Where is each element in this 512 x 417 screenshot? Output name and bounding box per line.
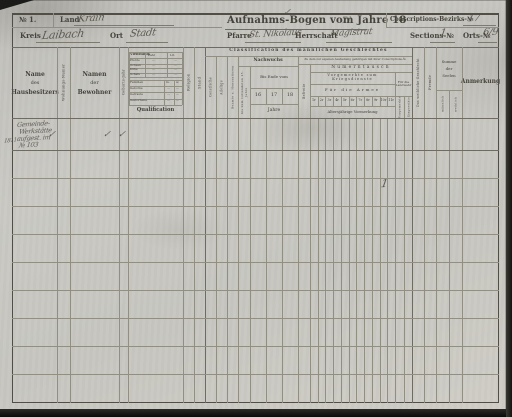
col-stand: Stand <box>194 47 205 118</box>
grid-line <box>349 118 350 403</box>
title-year-handwriting: 71 <box>340 16 352 27</box>
age-class-label: 10r <box>380 96 388 106</box>
age-class-label: 4r <box>333 96 341 106</box>
grid-line <box>266 118 267 403</box>
jahre-label: Jahre <box>250 104 298 118</box>
grid-line <box>145 52 146 77</box>
summary-box-qualification: Qualification <box>128 106 183 116</box>
grid-line <box>449 90 450 403</box>
landwehr-sub-col: Vorgemerkte <box>395 96 404 118</box>
box-row-dash: — <box>152 73 158 78</box>
col-anmerkung: Anmerkung <box>462 47 499 118</box>
orts-blank-line <box>478 42 497 43</box>
kreis-blank-line <box>36 42 100 43</box>
nachwuchs-year-cell: 17 <box>266 88 282 104</box>
grid-line <box>364 118 365 403</box>
nachwuchs-year-cell: 16 <box>250 88 266 104</box>
owner-entry-handwriting: № 103 <box>18 140 38 149</box>
grid-line <box>12 262 499 263</box>
grid-line <box>205 56 412 57</box>
grid-line <box>227 56 228 403</box>
grid-line <box>372 118 373 403</box>
grid-line <box>341 118 342 403</box>
conscription-blank-line <box>463 25 496 26</box>
summe-header: Summe der Seelen <box>436 49 462 89</box>
grid-line <box>12 13 499 15</box>
summary-box-m: m. <box>166 81 170 84</box>
grid-line <box>462 47 463 403</box>
grid-line <box>238 56 239 403</box>
grid-line <box>12 318 499 319</box>
grid-line <box>225 29 367 30</box>
grid-line <box>53 13 54 27</box>
ort-blank-line <box>126 42 168 43</box>
col-religion: Religion <box>183 47 194 118</box>
grid-line <box>310 106 395 107</box>
summe-l1: Summe <box>442 60 457 64</box>
grid-line <box>12 178 499 179</box>
grid-line <box>12 118 499 119</box>
col-wohnungs-numer: Wohnungs-Numer <box>57 47 70 118</box>
age-class-label: 1r <box>310 96 318 106</box>
herrschaft-blank-line <box>326 42 392 43</box>
grid-line <box>12 47 499 48</box>
grid-line <box>424 47 425 403</box>
summary-box-familien: Familien <box>130 81 143 84</box>
summe-sub-col: männlich <box>436 90 449 118</box>
grid-line <box>183 47 184 403</box>
grid-line <box>12 27 222 28</box>
sections-blank-line <box>430 42 455 43</box>
age-class-label: 5r <box>341 96 349 106</box>
paper-corner-shadow <box>0 0 34 10</box>
summe-sub-col: weiblich <box>449 90 462 118</box>
ort-value: Stadt <box>129 27 156 39</box>
grid-line <box>205 47 206 403</box>
row-checkmark: ✓ <box>47 130 56 140</box>
age-class-label: 11r <box>387 96 395 106</box>
form-title: Aufnahms-Bogen vom Jahre 18 <box>227 16 406 27</box>
grid-line <box>129 77 182 78</box>
summary-box-zahl: Zahl <box>148 54 155 57</box>
grid-line <box>395 72 396 403</box>
nachwuchs-left-col: bis zum vollendeten 15. Jahre <box>238 66 250 118</box>
grid-line <box>310 84 395 85</box>
col-geistliche: Geistliche <box>205 56 216 118</box>
grid-line <box>498 13 499 403</box>
row-checkmark: ✓ <box>117 130 126 140</box>
landwehr-title: Für die Landwehr <box>395 72 412 96</box>
grid-line <box>12 290 499 291</box>
paper-sheet: № 1. Land Krain ✓ Aufnahms-Bogen vom Jah… <box>0 0 506 409</box>
grid-line <box>129 52 182 53</box>
grid-line <box>57 47 58 403</box>
grid-line <box>194 47 195 403</box>
ort-label: Ort <box>110 32 123 39</box>
grid-line <box>250 104 298 105</box>
scan-bottom-shadow <box>0 409 512 417</box>
nachwuchs-title: Nachwuchs <box>238 57 298 65</box>
col-fremde: Fremde <box>424 47 436 118</box>
grid-line <box>380 118 381 403</box>
col-geburts-jahr: Geburts-Jahr <box>119 47 128 118</box>
grid-line <box>318 118 319 403</box>
grid-line <box>386 27 499 28</box>
grid-line <box>298 64 412 65</box>
grid-line <box>119 47 120 403</box>
grid-line <box>12 346 499 347</box>
aushebung-line: Zu dem zur eigenen Aushebung gehörigen m… <box>298 56 412 64</box>
landwehr-sub-col: Eingereihte <box>404 96 413 118</box>
numerntausch-label: Numerntausch <box>310 64 412 72</box>
col-weibliches-geschlecht: Das weibliche Geschlecht <box>412 47 424 118</box>
age-class-label: 2r <box>318 96 326 106</box>
grid-line <box>404 96 405 403</box>
col-bewohner-l3: Bewohner <box>78 90 112 96</box>
row-checkmark: ✓ <box>102 130 111 140</box>
altersjaehrige-band: Altersjährige Vormerkung <box>310 106 395 118</box>
grid-line <box>356 118 357 403</box>
bis-ende-label: Bis Ende vom <box>250 67 298 87</box>
grid-line <box>12 150 499 151</box>
margin-note-handwriting: 1811 <box>4 137 17 144</box>
box-row-dash: — <box>174 73 180 78</box>
sheet-number: № 1. <box>19 16 36 23</box>
grid-line <box>386 13 387 27</box>
summe-l2: der <box>446 67 453 71</box>
grid-line <box>282 118 283 403</box>
box-family-dash: — <box>167 99 172 105</box>
age-class-label: 6r <box>349 96 357 106</box>
kreis-label: Kreis <box>20 32 41 39</box>
col-hausbesitzer-l1: Name <box>25 72 45 78</box>
grid-line <box>12 374 499 375</box>
scan-right-shadow <box>506 0 512 417</box>
scanned-census-form: № 1. Land Krain ✓ Aufnahms-Bogen vom Jah… <box>0 0 512 417</box>
grid-line <box>325 118 326 403</box>
summary-box-lit: Lit. <box>170 54 175 57</box>
orts-number-value: 6/9 <box>482 27 499 39</box>
col-beamte: Beamte u. Honoratioren <box>227 56 238 118</box>
age-class-label: 3r <box>325 96 333 106</box>
box-row-label: Schafe <box>130 73 144 78</box>
grid-line <box>298 56 299 403</box>
classification-title: Classification des männlichen Geschlecht… <box>205 47 412 56</box>
grid-line <box>12 206 499 207</box>
col-hausbesitzer-l2: des <box>31 81 40 86</box>
summe-l3: Seelen <box>442 74 455 78</box>
fuer-die-armee-label: Für die Armee <box>310 84 395 96</box>
grid-line <box>333 118 334 403</box>
col-bewohner-l2: der <box>90 81 99 86</box>
pfarre-blank-line <box>245 42 301 43</box>
age-class-label: 9r <box>372 96 380 106</box>
grid-line <box>182 52 183 105</box>
grid-line <box>216 56 217 403</box>
col-hausbesitzer: Name des Hausbesitzers <box>13 58 57 110</box>
grid-line <box>167 52 168 77</box>
grid-line <box>12 13 13 403</box>
vorgemerkte-label: Vorgemerkte zum Kriegsdienste <box>310 72 395 84</box>
grid-line <box>12 402 499 403</box>
col-hausbesitzer-l3: Hausbesitzers <box>11 90 59 96</box>
kreis-value: Laibach <box>41 27 85 42</box>
age-class-label: 7r <box>356 96 364 106</box>
grid-line <box>238 66 298 67</box>
box-family-dash: — <box>176 99 181 105</box>
grid-line <box>12 234 499 235</box>
land-blank-line <box>74 25 174 26</box>
conscription-district-label: Conscriptions-Bezirks-№ <box>390 17 473 23</box>
box-family-row-label: Gestorbene <box>130 99 150 105</box>
col-adelige: Adelige <box>216 56 227 118</box>
summary-box-w: w. <box>176 81 179 84</box>
sections-label: Sections-№ <box>410 32 454 39</box>
col-bewohner: Namen der Bewohner <box>70 58 119 110</box>
age-class-label: 8r <box>364 96 372 106</box>
befreite-col: Befreite <box>298 64 310 118</box>
col-bewohner-l1: Namen <box>83 72 107 78</box>
nachwuchs-year-cell: 18 <box>282 88 298 104</box>
grid-line <box>387 118 388 403</box>
grid-line <box>310 72 412 73</box>
grid-line <box>70 47 71 403</box>
